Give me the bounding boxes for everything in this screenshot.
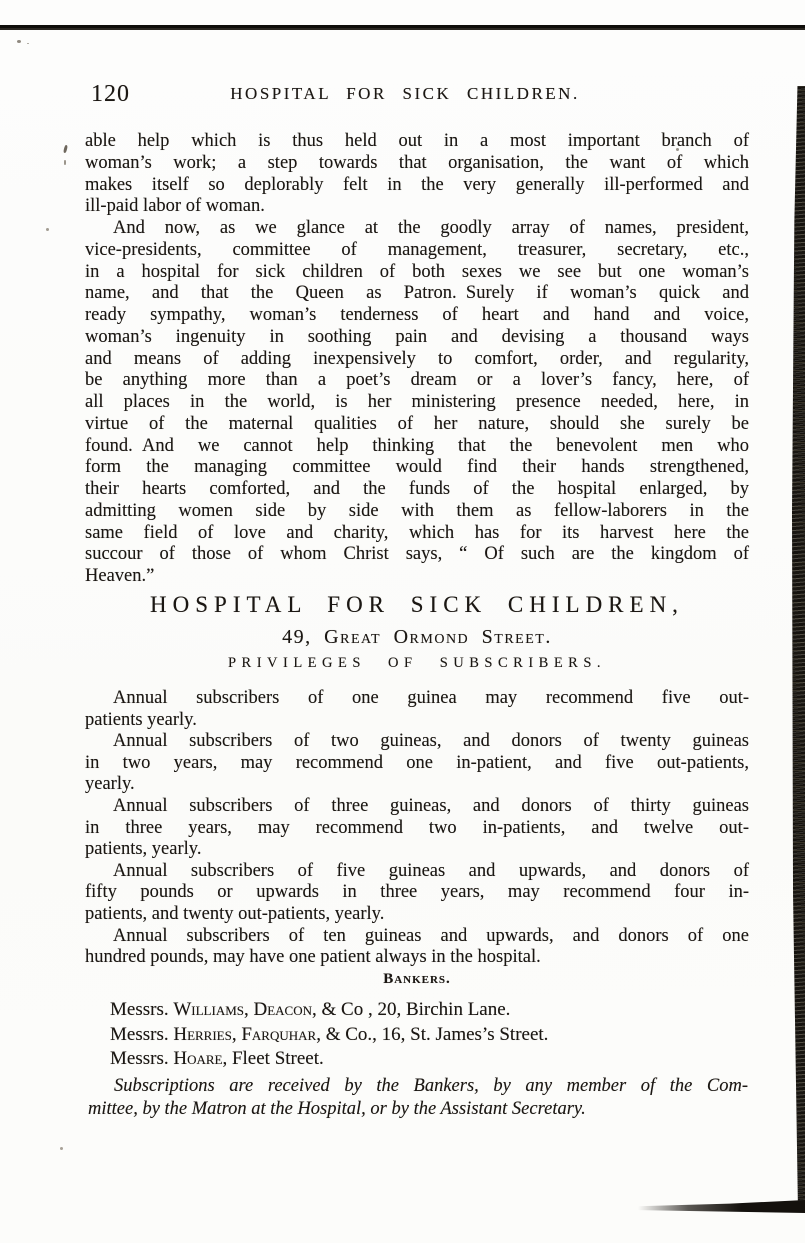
text-line: admitting women side by side with them a… [85,501,749,523]
banker-prefix: Messrs. [110,1048,173,1069]
scanned-book-page: 120 HOSPITAL FOR SICK CHILDREN. able hel… [0,0,805,1243]
text-line: Subscriptions are received by the Banker… [88,1075,748,1098]
running-title: HOSPITAL FOR SICK CHILDREN. [73,84,737,104]
section-address: 49, Great Ormond Street. [85,626,749,649]
text-line: Heaven.” [85,566,749,588]
scan-bottom-edge-line [638,1200,805,1213]
text-line: all places in the world, is her minister… [85,392,749,414]
text-line: patients, yearly. [85,839,749,861]
text-line: yearly. [85,774,749,796]
text-line: makes itself so deplorably felt in the v… [85,175,749,197]
banker-entry: Messrs. Hoare, Fleet Street. [110,1047,548,1072]
bankers-heading: Bankers. [85,971,749,988]
text-line: woman’s ingenuity in soothing pain and d… [85,327,749,349]
section-subtitle: PRIVILEGES OF SUBSCRIBERS. [85,655,749,672]
text-line: in a hospital for sick children of both … [85,262,749,284]
text-line: mittee, by the Matron at the Hospital, o… [88,1098,748,1121]
text-line: Annual subscribers of three guineas, and… [85,796,749,818]
scan-speck [63,145,68,153]
text-line: found. And we cannot help thinking that … [85,436,749,458]
scan-top-edge-line [0,25,805,30]
banker-prefix: Messrs. [110,1024,173,1045]
text-line: patients, and twenty out-patients, yearl… [85,904,749,926]
banker-firm: Hoare, [173,1048,227,1069]
page-header: 120 HOSPITAL FOR SICK CHILDREN. [85,84,749,104]
text-line: woman’s work; a step towards that organi… [85,153,749,175]
text-line: Annual subscribers of five guineas and u… [85,861,749,883]
text-line: their hearts comforted, and the funds of… [85,479,749,501]
banker-firm: Herries, Farquhar, [173,1024,321,1045]
scan-speck [60,1147,63,1150]
banker-entry: Messrs. Williams, Deacon, & Co , 20, Bir… [110,998,548,1023]
text-line: succour of those of whom Christ says, “ … [85,544,749,566]
text-line: And now, as we glance at the goodly arra… [85,218,749,240]
bankers-list: Messrs. Williams, Deacon, & Co , 20, Bir… [110,998,548,1072]
text-line: patients yearly. [85,710,749,732]
text-line: ready sympathy, woman’s tenderness of he… [85,305,749,327]
text-line: same field of love and charity, which ha… [85,523,749,545]
text-line: name, and that the Queen as Patron. Sure… [85,283,749,305]
scan-speck [64,160,66,165]
banker-address: Fleet Street. [227,1048,324,1069]
privileges-paragraphs: Annual subscribers of one guinea may rec… [85,688,749,969]
banker-prefix: Messrs. [110,999,173,1020]
scan-speck [17,40,21,43]
text-line: be anything more than a poet’s dream or … [85,370,749,392]
banker-firm: Williams, Deacon, [173,999,316,1020]
text-line: in three years, may recommend two in-pat… [85,818,749,840]
text-line: able help which is thus held out in a mo… [85,131,749,153]
text-line: Annual subscribers of one guinea may rec… [85,688,749,710]
subscriptions-note: Subscriptions are received by the Banker… [88,1075,748,1121]
text-line: fifty pounds or upwards in three years, … [85,882,749,904]
text-line: in two years, may recommend one in-patie… [85,753,749,775]
text-line: hundred pounds, may have one patient alw… [85,947,749,969]
scan-right-gutter-shadow [792,86,805,1210]
text-line: virtue of the maternal qualities of her … [85,414,749,436]
section-title: HOSPITAL FOR SICK CHILDREN, [85,592,749,618]
banker-address: & Co , 20, Birchin Lane. [317,999,511,1020]
text-line: Annual subscribers of ten guineas and up… [85,926,749,948]
text-line: Annual subscribers of two guineas, and d… [85,731,749,753]
banker-entry: Messrs. Herries, Farquhar, & Co., 16, St… [110,1023,548,1048]
banker-address: & Co., 16, St. James’s Street. [321,1024,548,1045]
text-line: ill-paid labor of woman. [85,196,749,218]
text-line: vice-presidents, committee of management… [85,240,749,262]
opening-paragraphs: able help which is thus held out in a mo… [85,131,749,588]
scan-speck [46,228,49,231]
text-line: form the managing committee would find t… [85,457,749,479]
text-line: and means of adding inexpensively to com… [85,349,749,371]
